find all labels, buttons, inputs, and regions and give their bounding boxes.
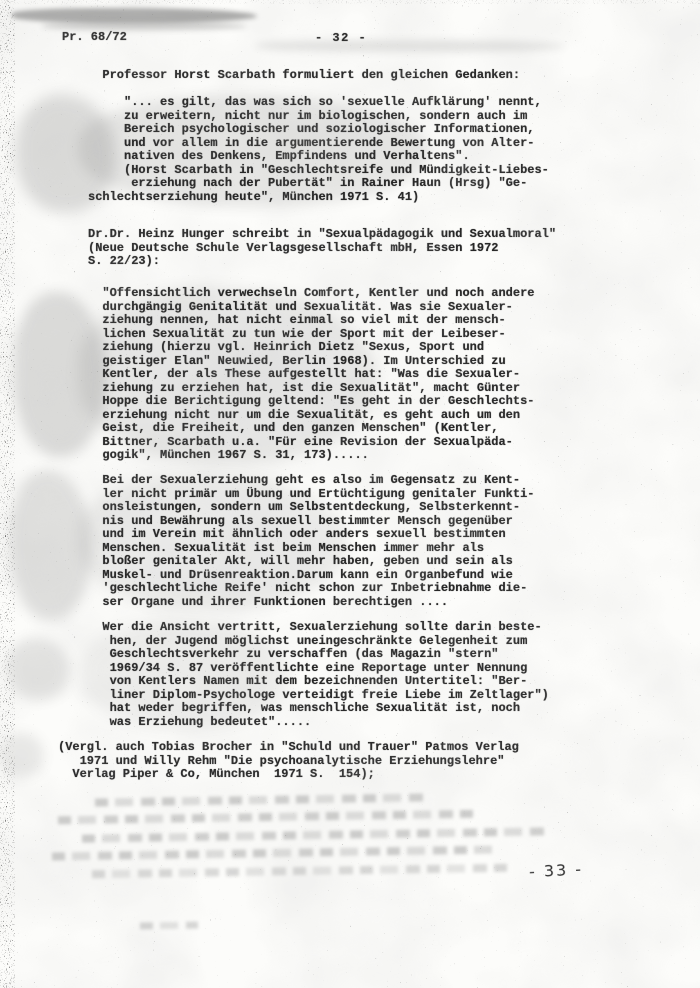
- vergleich-paragraph: (Vergl. auch Tobias Brocher in "Schuld u…: [58, 741, 519, 782]
- toner-smudge: [255, 40, 565, 52]
- intro-paragraph: Professor Horst Scarbath formuliert den …: [88, 69, 520, 83]
- toner-smudge: [0, 733, 44, 777]
- toner-smudge: [8, 638, 70, 700]
- document-reference-number: Pr. 68/72: [62, 30, 127, 44]
- ink-bleedthrough-line: [95, 793, 425, 806]
- quote-scarbath: "... es gilt, das was sich so 'sexuelle …: [88, 96, 549, 204]
- quote-hunger-part2: Bei der Sexualerziehung geht es also im …: [88, 474, 534, 609]
- page-number-header: - 32 -: [315, 31, 367, 45]
- ink-bleedthrough-line: [52, 845, 500, 860]
- ink-bleedthrough-line: [140, 922, 198, 930]
- toner-smudge: [42, 22, 247, 30]
- toner-smudge: [12, 8, 257, 23]
- hunger-source-paragraph: Dr.Dr. Heinz Hunger schreibt in "Sexualp…: [88, 228, 556, 269]
- ink-bleedthrough-line: [92, 864, 507, 879]
- ink-bleedthrough-line: [82, 827, 550, 842]
- quote-hunger-part1: "Offensichtlich verwechseln Comfort, Ken…: [88, 287, 534, 463]
- toner-smudge: [10, 470, 92, 620]
- page-number-footer: - 33 -: [529, 860, 584, 882]
- scanned-document-page: Pr. 68/72 - 32 - Professor Horst Scarbat…: [0, 0, 700, 988]
- quote-hunger-part3: Wer die Ansicht vertritt, Sexualerziehun…: [88, 621, 549, 729]
- ink-bleedthrough-line: [58, 810, 478, 825]
